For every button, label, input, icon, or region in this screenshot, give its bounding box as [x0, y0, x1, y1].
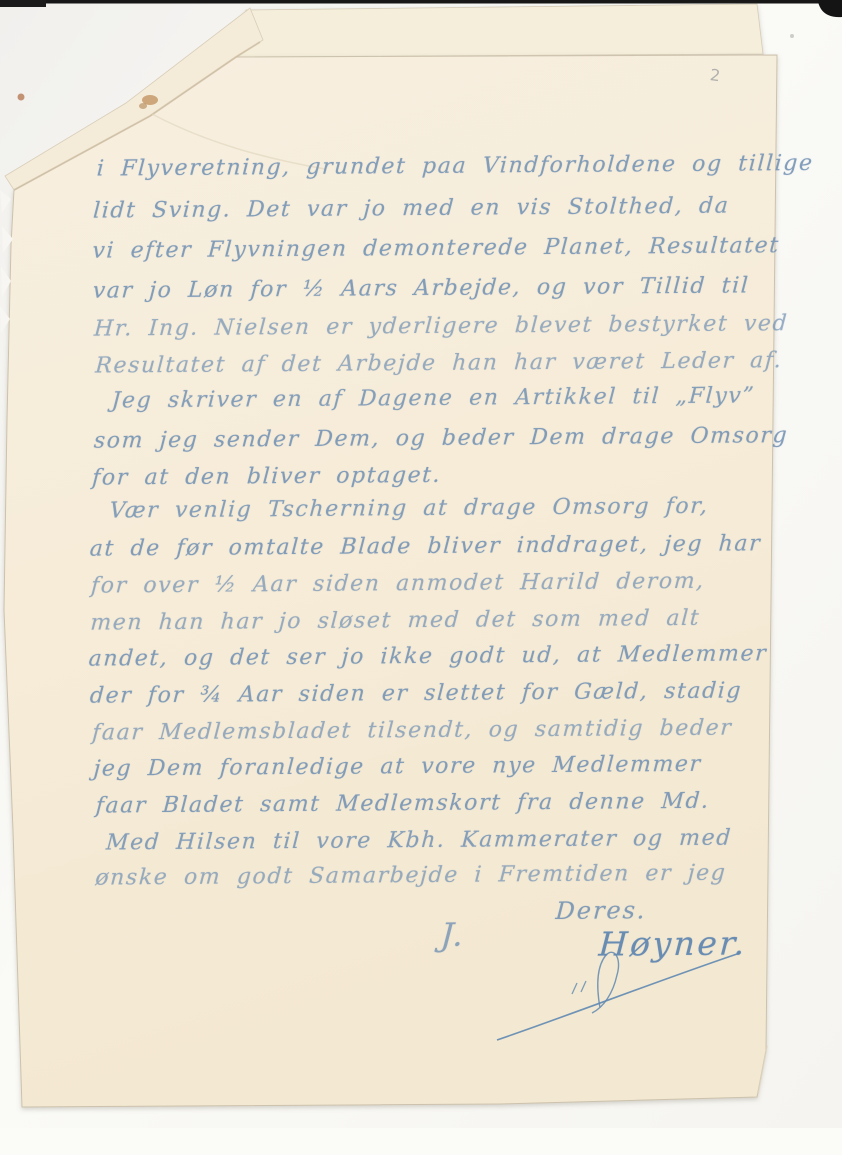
scanner-speck: [790, 34, 794, 38]
main-sheet: [4, 55, 777, 1107]
scan-top-left-edge: [0, 0, 46, 7]
back-sheet: [236, 4, 763, 57]
scan-top-edge: [0, 0, 842, 4]
scanner-bottom-band: [0, 1128, 842, 1155]
scanned-letter-page: 2 i Flyveretning, grundet paa Vindforhol…: [0, 0, 842, 1155]
stain-red-dot: [18, 94, 25, 101]
scan-artwork: [0, 0, 842, 1155]
stain-brown-dark: [139, 103, 147, 109]
